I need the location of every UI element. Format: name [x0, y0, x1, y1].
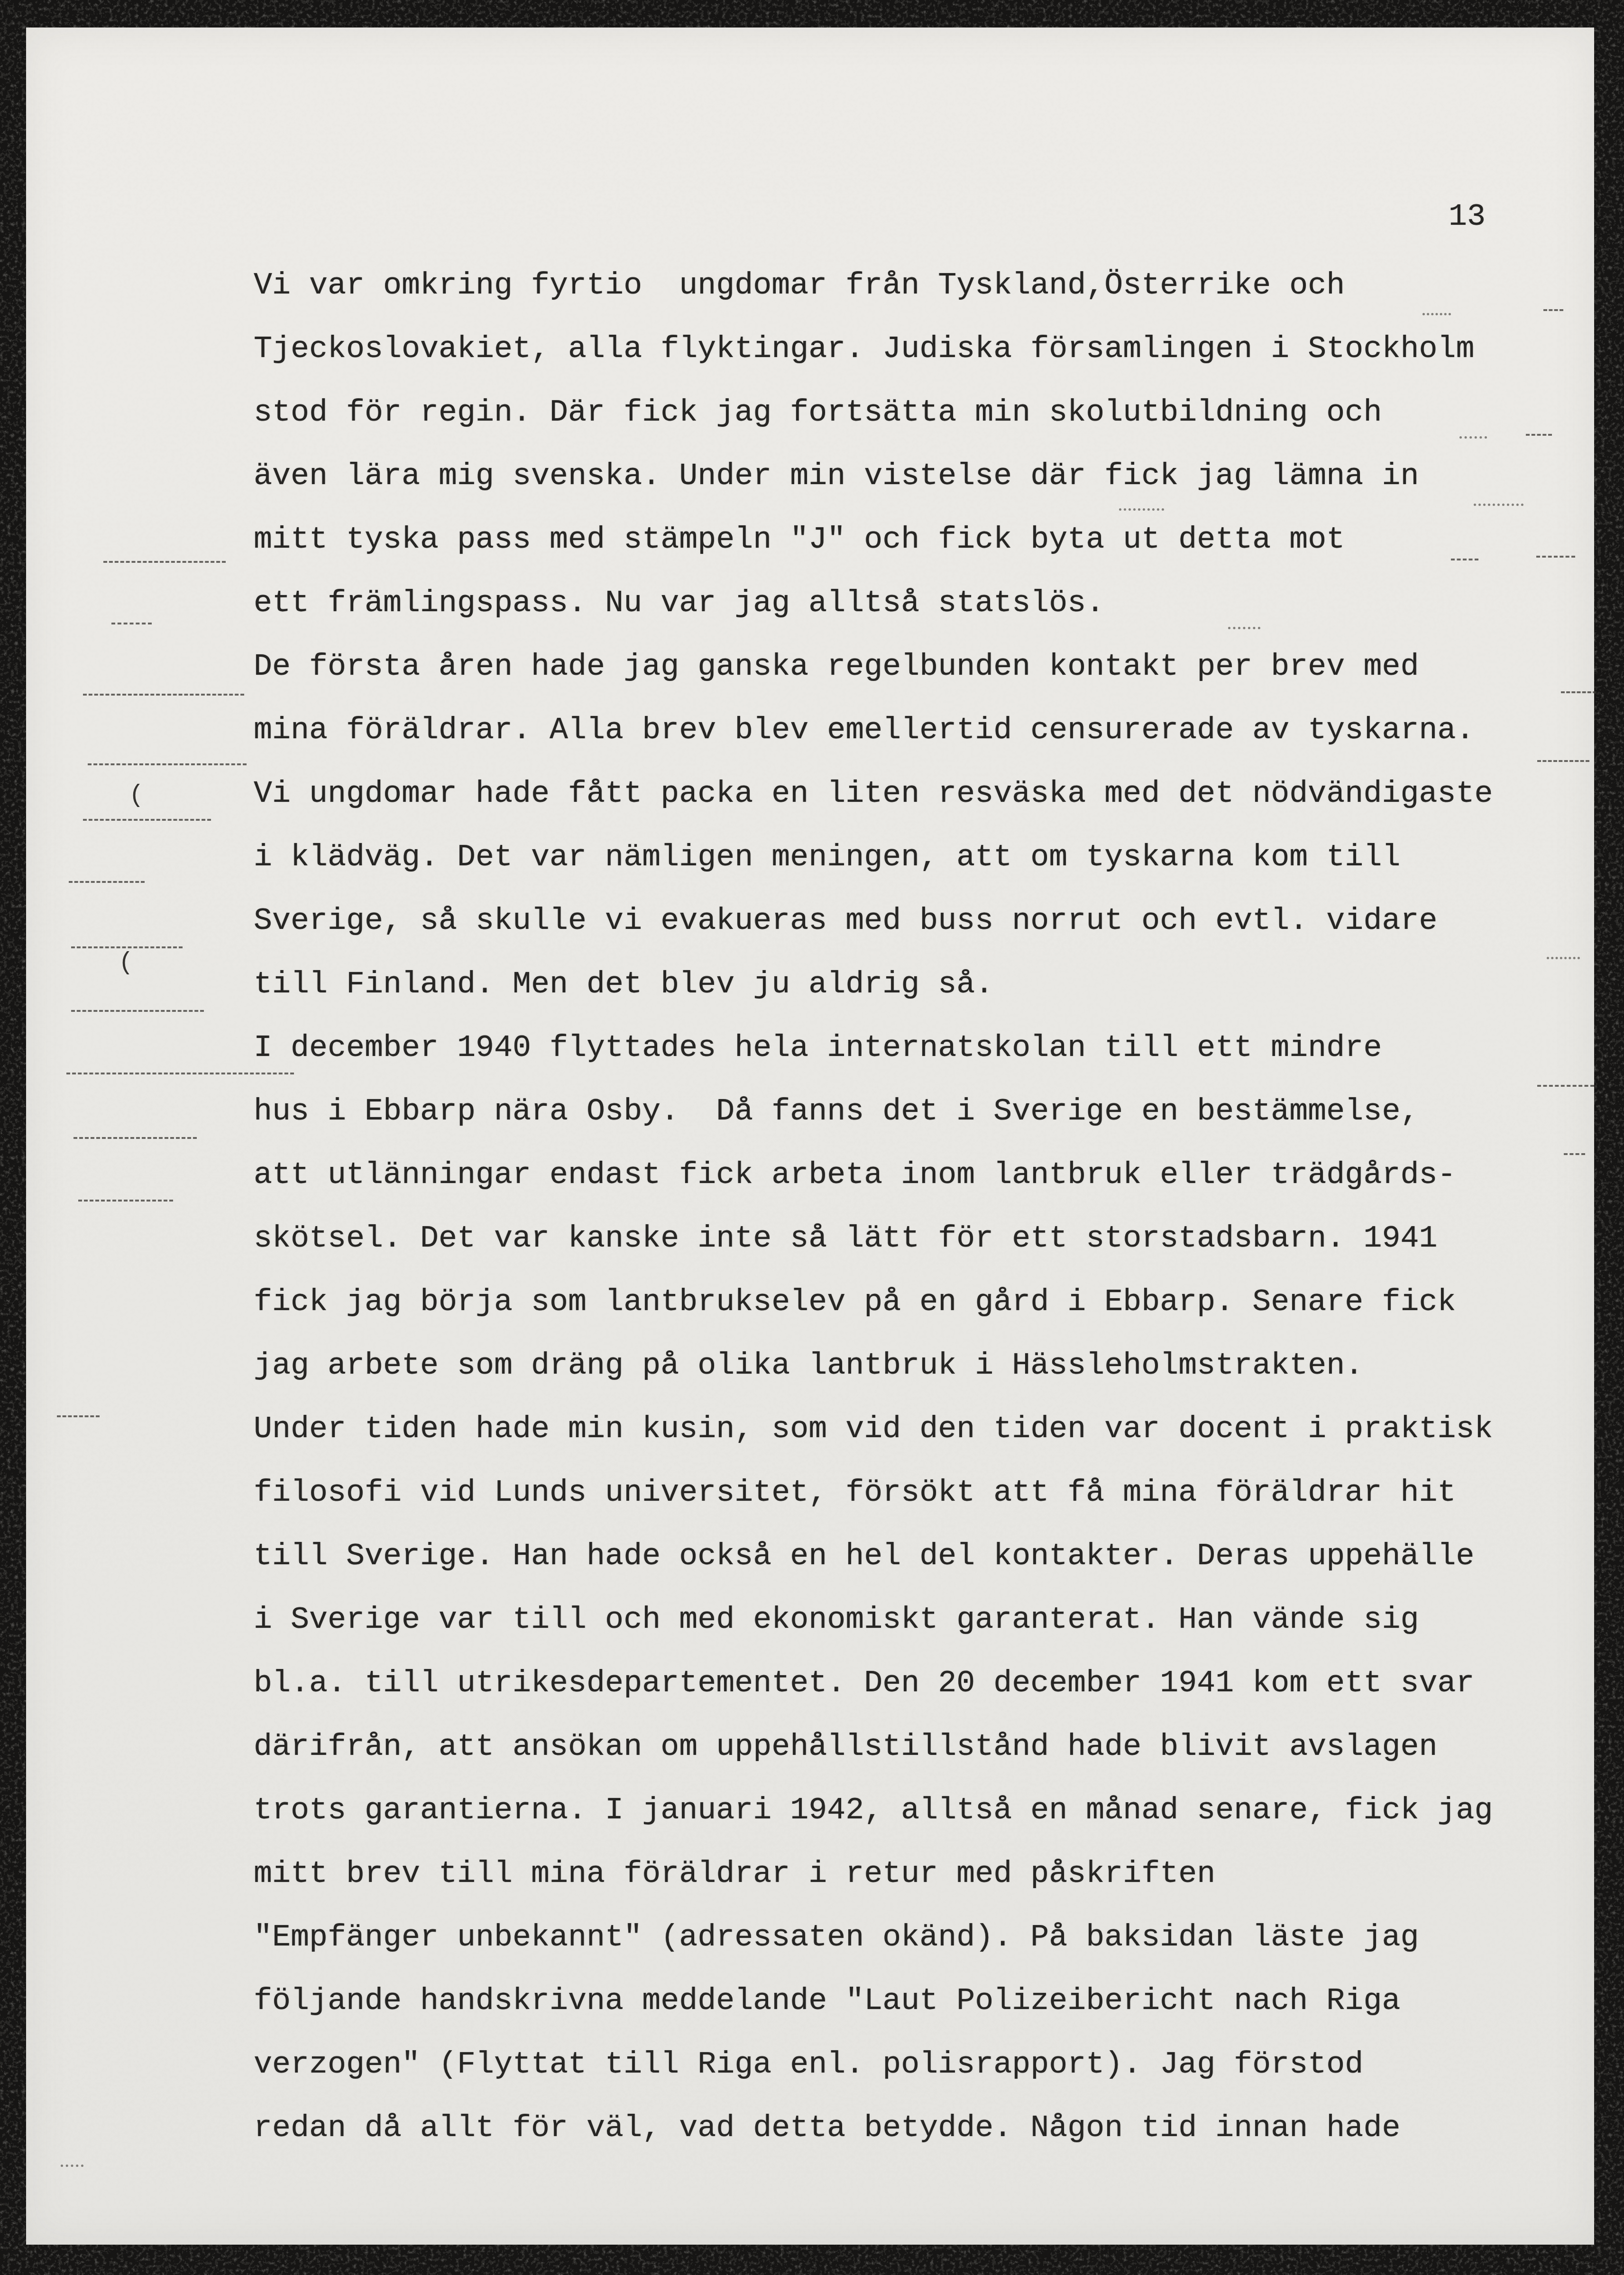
scan-artifact-dash	[1564, 1153, 1585, 1155]
scan-artifact-dash	[1547, 957, 1580, 959]
scan-artifact-dash	[78, 1200, 173, 1202]
scan-artifact-dash	[88, 763, 247, 765]
text-line: I december 1940 flyttades hela internats…	[254, 1016, 1493, 1080]
text-line: "Empfänger unbekannt" (adressaten okänd)…	[254, 1906, 1493, 1969]
scan-artifact-dash	[73, 1137, 197, 1139]
text-line: trots garantierna. I januari 1942, allts…	[254, 1779, 1493, 1842]
scan-artifact-dash	[83, 819, 211, 821]
text-line: mitt brev till mina föräldrar i retur me…	[254, 1842, 1493, 1906]
scan-artifact-paren: (	[119, 951, 133, 975]
text-line: följande handskrivna meddelande "Laut Po…	[254, 1969, 1493, 2033]
text-line: att utlänningar endast fick arbeta inom …	[254, 1143, 1493, 1207]
scan-artifact-dash	[1543, 309, 1563, 311]
scan-artifact-dash	[71, 1010, 204, 1012]
text-line: till Sverige. Han hade också en hel del …	[254, 1524, 1493, 1588]
text-line: Vi ungdomar hade fått packa en liten res…	[254, 762, 1493, 826]
scan-artifact-dash	[1537, 760, 1589, 762]
text-line: stod för regin. Där fick jag fortsätta m…	[254, 381, 1493, 444]
scan-artifact-dash	[103, 561, 226, 563]
scan-artifact-dash	[61, 2165, 83, 2167]
text-line: Under tiden hade min kusin, som vid den …	[254, 1397, 1493, 1461]
scan-artifact-dash	[1537, 1085, 1594, 1087]
text-line: Sverige, så skulle vi evakueras med buss…	[254, 889, 1493, 953]
scan-artifact-dash	[1526, 434, 1552, 436]
scan-artifact-dash	[83, 694, 244, 696]
text-line: redan då allt för väl, vad detta betydde…	[254, 2096, 1493, 2160]
text-line: fick jag börja som lantbrukselev på en g…	[254, 1270, 1493, 1334]
text-line: filosofi vid Lunds universitet, försökt …	[254, 1461, 1493, 1524]
text-line: i Sverige var till och med ekonomiskt ga…	[254, 1588, 1493, 1651]
text-line: mitt tyska pass med stämpeln "J" och fic…	[254, 508, 1493, 571]
typewritten-text: Vi var omkring fyrtio ungdomar från Tysk…	[254, 254, 1493, 2160]
scan-artifact-paren: (	[129, 783, 144, 808]
text-line: i klädväg. Det var nämligen meningen, at…	[254, 826, 1493, 889]
text-line: ett främlingspass. Nu var jag alltså sta…	[254, 571, 1493, 635]
text-line: därifrån, att ansökan om uppehållstillst…	[254, 1715, 1493, 1779]
text-line: mina föräldrar. Alla brev blev emellerti…	[254, 698, 1493, 762]
text-line: till Finland. Men det blev ju aldrig så.	[254, 953, 1493, 1016]
text-line: Vi var omkring fyrtio ungdomar från Tysk…	[254, 254, 1493, 317]
scan-artifact-dash	[71, 946, 183, 948]
scan-artifact-dash	[69, 881, 145, 883]
text-line: även lära mig svenska. Under min vistels…	[254, 444, 1493, 508]
text-line: verzogen" (Flyttat till Riga enl. polisr…	[254, 2033, 1493, 2096]
text-line: jag arbete som dräng på olika lantbruk i…	[254, 1334, 1493, 1397]
text-line: bl.a. till utrikesdepartementet. Den 20 …	[254, 1651, 1493, 1715]
page-number: 13	[1449, 202, 1486, 232]
scan-artifact-dash	[57, 1415, 100, 1417]
text-line: hus i Ebbarp nära Osby. Då fanns det i S…	[254, 1080, 1493, 1143]
scan-artifact-dash	[111, 623, 152, 624]
text-line: skötsel. Det var kanske inte så lätt för…	[254, 1207, 1493, 1270]
scan-artifact-dash	[1536, 556, 1575, 558]
text-line: De första åren hade jag ganska regelbund…	[254, 635, 1493, 698]
photo-album-page: { "page": { "number": "13", "lines": [ "…	[0, 0, 1624, 2275]
text-line: Tjeckoslovakiet, alla flyktingar. Judisk…	[254, 317, 1493, 381]
scan-artifact-dash	[1561, 691, 1596, 693]
